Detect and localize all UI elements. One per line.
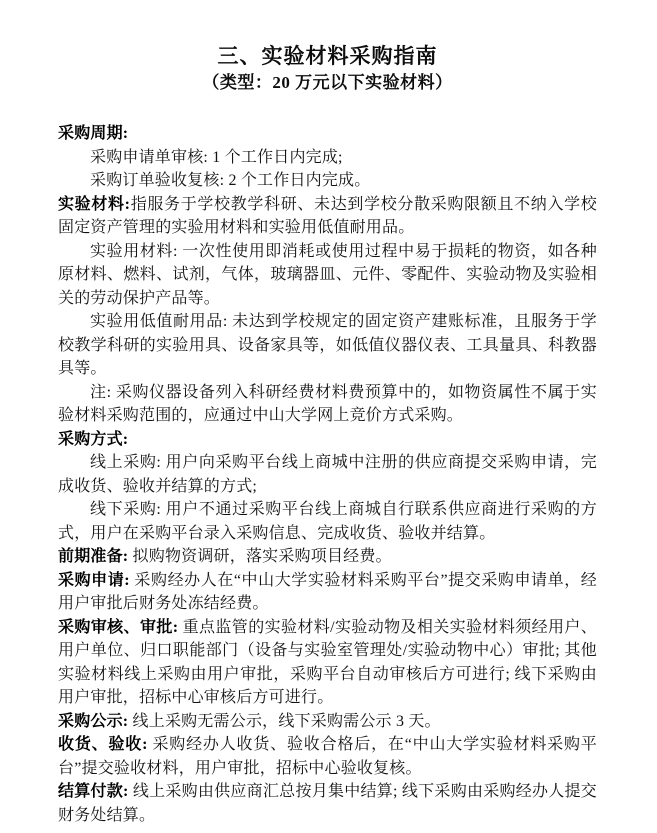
paragraph-offline-procurement: 线下采购: 用户不通过采购平台线上商城自行联系供应商进行采购的方式，用户在采购平… <box>58 498 597 545</box>
document-title: 三、实验材料采购指南 <box>58 43 597 69</box>
paragraph-text: 指服务于学校教学科研、未达到学校分散采购限额且不纳入学校固定资产管理的实验用材料… <box>58 196 597 237</box>
paragraph-note: 注: 采购仪器设备列入科研经费材料费预算中的，如物资属性不属于实验材料采购范围的… <box>58 381 597 428</box>
paragraph-text: 线下采购: 用户不通过采购平台线上商城自行联系供应商进行采购的方式，用户在采购平… <box>58 501 597 542</box>
paragraph-lead: 采购方式: <box>58 431 128 448</box>
paragraph-procurement-method-heading: 采购方式: <box>58 428 597 452</box>
paragraph-online-procurement: 线上采购: 用户向采购平台线上商城中注册的供应商提交采购申请，完成收货、验收并结… <box>58 451 597 498</box>
paragraph-text: 线上采购: 用户向采购平台线上商城中注册的供应商提交采购申请，完成收货、验收并结… <box>58 454 597 495</box>
paragraph-lead: 实验材料: <box>58 196 130 213</box>
paragraph-publicity: 采购公示: 线上采购无需公示，线下采购需公示 3 天。 <box>58 710 597 734</box>
paragraph-text: 采购订单验收复核: 2 个工作日内完成。 <box>90 172 370 189</box>
paragraph-text: 实验用低值耐用品: 未达到学校规定的固定资产建账标准，且服务于学校教学科研的实验… <box>58 313 597 377</box>
paragraph-procurement-application: 采购申请: 采购经办人在“中山大学实验材料采购平台”提交采购申请单，经用户审批后… <box>58 569 597 616</box>
document-subtitle: （类型：20 万元以下实验材料） <box>58 71 597 95</box>
paragraph-order-acceptance-time: 采购订单验收复核: 2 个工作日内完成。 <box>58 169 597 193</box>
paragraph-lead: 采购申请: <box>58 572 130 589</box>
paragraph-lead: 采购公示: <box>58 713 128 730</box>
paragraph-lead: 采购周期: <box>58 125 128 142</box>
paragraph-application-review-time: 采购申请单审核: 1 个工作日内完成; <box>58 146 597 170</box>
paragraph-text: 拟购物资调研，落实采购项目经费。 <box>128 548 391 565</box>
paragraph-text: 线上采购无需公示，线下采购需公示 3 天。 <box>128 713 440 730</box>
document-body: 采购周期: 采购申请单审核: 1 个工作日内完成; 采购订单验收复核: 2 个工… <box>58 122 597 827</box>
document-page: 三、实验材料采购指南 （类型：20 万元以下实验材料） 采购周期: 采购申请单审… <box>0 0 657 833</box>
paragraph-lead: 前期准备: <box>58 548 128 565</box>
paragraph-text: 采购申请单审核: 1 个工作日内完成; <box>90 149 343 166</box>
paragraph-text: 实验用材料: 一次性使用即消耗或使用过程中易于损耗的物资，如各种原材料、燃料、试… <box>58 243 597 307</box>
paragraph-lead: 结算付款: <box>58 783 129 800</box>
paragraph-procurement-cycle-heading: 采购周期: <box>58 122 597 146</box>
paragraph-low-value-durables: 实验用低值耐用品: 未达到学校规定的固定资产建账标准，且服务于学校教学科研的实验… <box>58 310 597 381</box>
paragraph-receipt-acceptance: 收货、验收: 采购经办人收货、验收合格后，在“中山大学实验材料采购平台”提交验收… <box>58 733 597 780</box>
paragraph-text: 线上采购由供应商汇总按月集中结算; 线下采购由采购经办人提交财务处结算。 <box>58 783 597 824</box>
paragraph-review-approval: 采购审核、审批: 重点监管的实验材料/实验动物及相关实验材料须经用户、用户单位、… <box>58 616 597 710</box>
paragraph-text: 注: 采购仪器设备列入科研经费材料费预算中的，如物资属性不属于实验材料采购范围的… <box>58 384 597 425</box>
paragraph-lead: 采购审核、审批: <box>58 619 178 636</box>
paragraph-text: 采购经办人在“中山大学实验材料采购平台”提交采购申请单，经用户审批后财务处冻结经… <box>58 572 597 613</box>
paragraph-experimental-consumables: 实验用材料: 一次性使用即消耗或使用过程中易于损耗的物资，如各种原材料、燃料、试… <box>58 240 597 311</box>
paragraph-settlement-payment: 结算付款: 线上采购由供应商汇总按月集中结算; 线下采购由采购经办人提交财务处结… <box>58 780 597 827</box>
paragraph-experimental-materials-definition: 实验材料:指服务于学校教学科研、未达到学校分散采购限额且不纳入学校固定资产管理的… <box>58 193 597 240</box>
paragraph-lead: 收货、验收: <box>58 736 148 753</box>
paragraph-preparation: 前期准备: 拟购物资调研，落实采购项目经费。 <box>58 545 597 569</box>
